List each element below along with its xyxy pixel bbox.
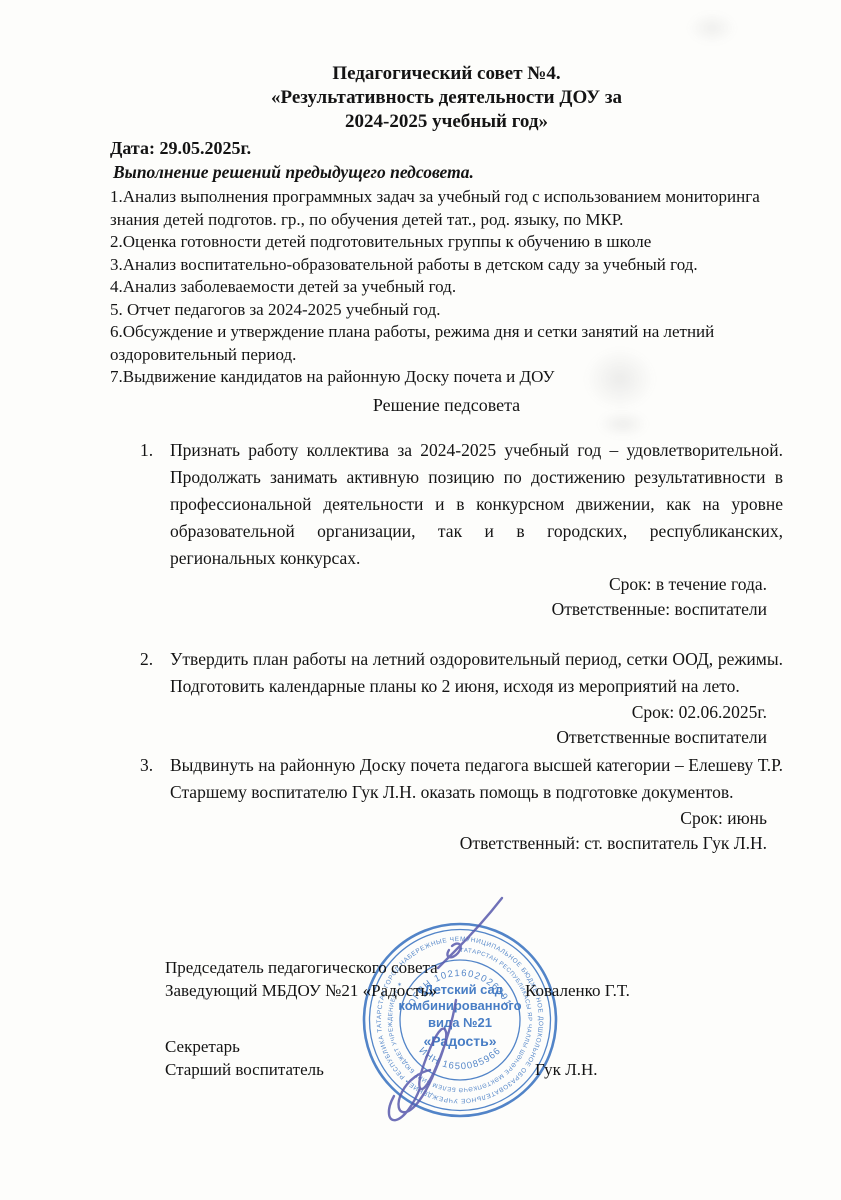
decision-number: 1.	[140, 437, 170, 572]
agenda-item-7: 7.Выдвижение кандидатов на районную Доск…	[110, 366, 783, 389]
decision-number: 3.	[140, 752, 170, 806]
decision-body: Выдвинуть на районную Доску почета педаг…	[170, 752, 783, 806]
stamp-center-line-1: «Детский сад	[417, 982, 504, 997]
title-line-1: Педагогический совет №4.	[110, 62, 783, 86]
date-line: Дата: 29.05.2025г.	[110, 136, 783, 160]
document-title: Педагогический совет №4. «Результативнос…	[110, 62, 783, 134]
organization-stamp: МУНИЦИПАЛЬНОЕ БЮДЖЕТНОЕ ДОШКОЛЬНОЕ ОБРАЗ…	[340, 882, 582, 1130]
decision-item-2: 2. Утвердить план работы на летний оздор…	[140, 646, 783, 700]
agenda-list: 1.Анализ выполнения программных задач за…	[110, 186, 783, 389]
agenda-item-6: 6.Обсуждение и утверждение плана работы,…	[110, 321, 783, 366]
resolution-heading: Решение педсовета	[110, 393, 783, 417]
decision-item-3: 3. Выдвинуть на районную Доску почета пе…	[140, 752, 783, 806]
stamp-center-line-2: комбинированного	[398, 998, 521, 1013]
decision-number: 2.	[140, 646, 170, 700]
decision-responsible: Ответственные воспитатели	[110, 725, 783, 750]
decision-deadline: Срок: в течение года.	[110, 572, 783, 597]
decision-deadline: Срок: июнь	[110, 806, 783, 831]
decision-responsible: Ответственные: воспитатели	[110, 597, 783, 622]
decision-body: Признать работу коллектива за 2024-2025 …	[170, 437, 783, 572]
scan-artifact	[688, 12, 736, 44]
stamp-center-line-3: вида №21	[428, 1015, 492, 1030]
decision-body: Утвердить план работы на летний оздорови…	[170, 646, 783, 700]
decision-responsible: Ответственный: ст. воспитатель Гук Л.Н.	[110, 831, 783, 856]
agenda-item-2: 2.Оценка готовности детей подготовительн…	[110, 231, 783, 254]
decision-item-1: 1. Признать работу коллектива за 2024-20…	[140, 437, 783, 572]
agenda-item-3: 3.Анализ воспитательно-образовательной р…	[110, 254, 783, 277]
title-line-2: «Результативность деятельности ДОУ за	[110, 86, 783, 110]
spacer	[110, 622, 783, 646]
agenda-item-1: 1.Анализ выполнения программных задач за…	[110, 186, 783, 231]
subtitle-italic: Выполнение решений предыдущего педсовета…	[110, 160, 783, 184]
scanned-document-page: Педагогический совет №4. «Результативнос…	[0, 0, 841, 1200]
agenda-item-5: 5. Отчет педагогов за 2024-2025 учебный …	[110, 299, 783, 322]
decision-deadline: Срок: 02.06.2025г.	[110, 700, 783, 725]
agenda-item-4: 4.Анализ заболеваемости детей за учебный…	[110, 276, 783, 299]
title-line-3: 2024-2025 учебный год»	[110, 110, 783, 134]
